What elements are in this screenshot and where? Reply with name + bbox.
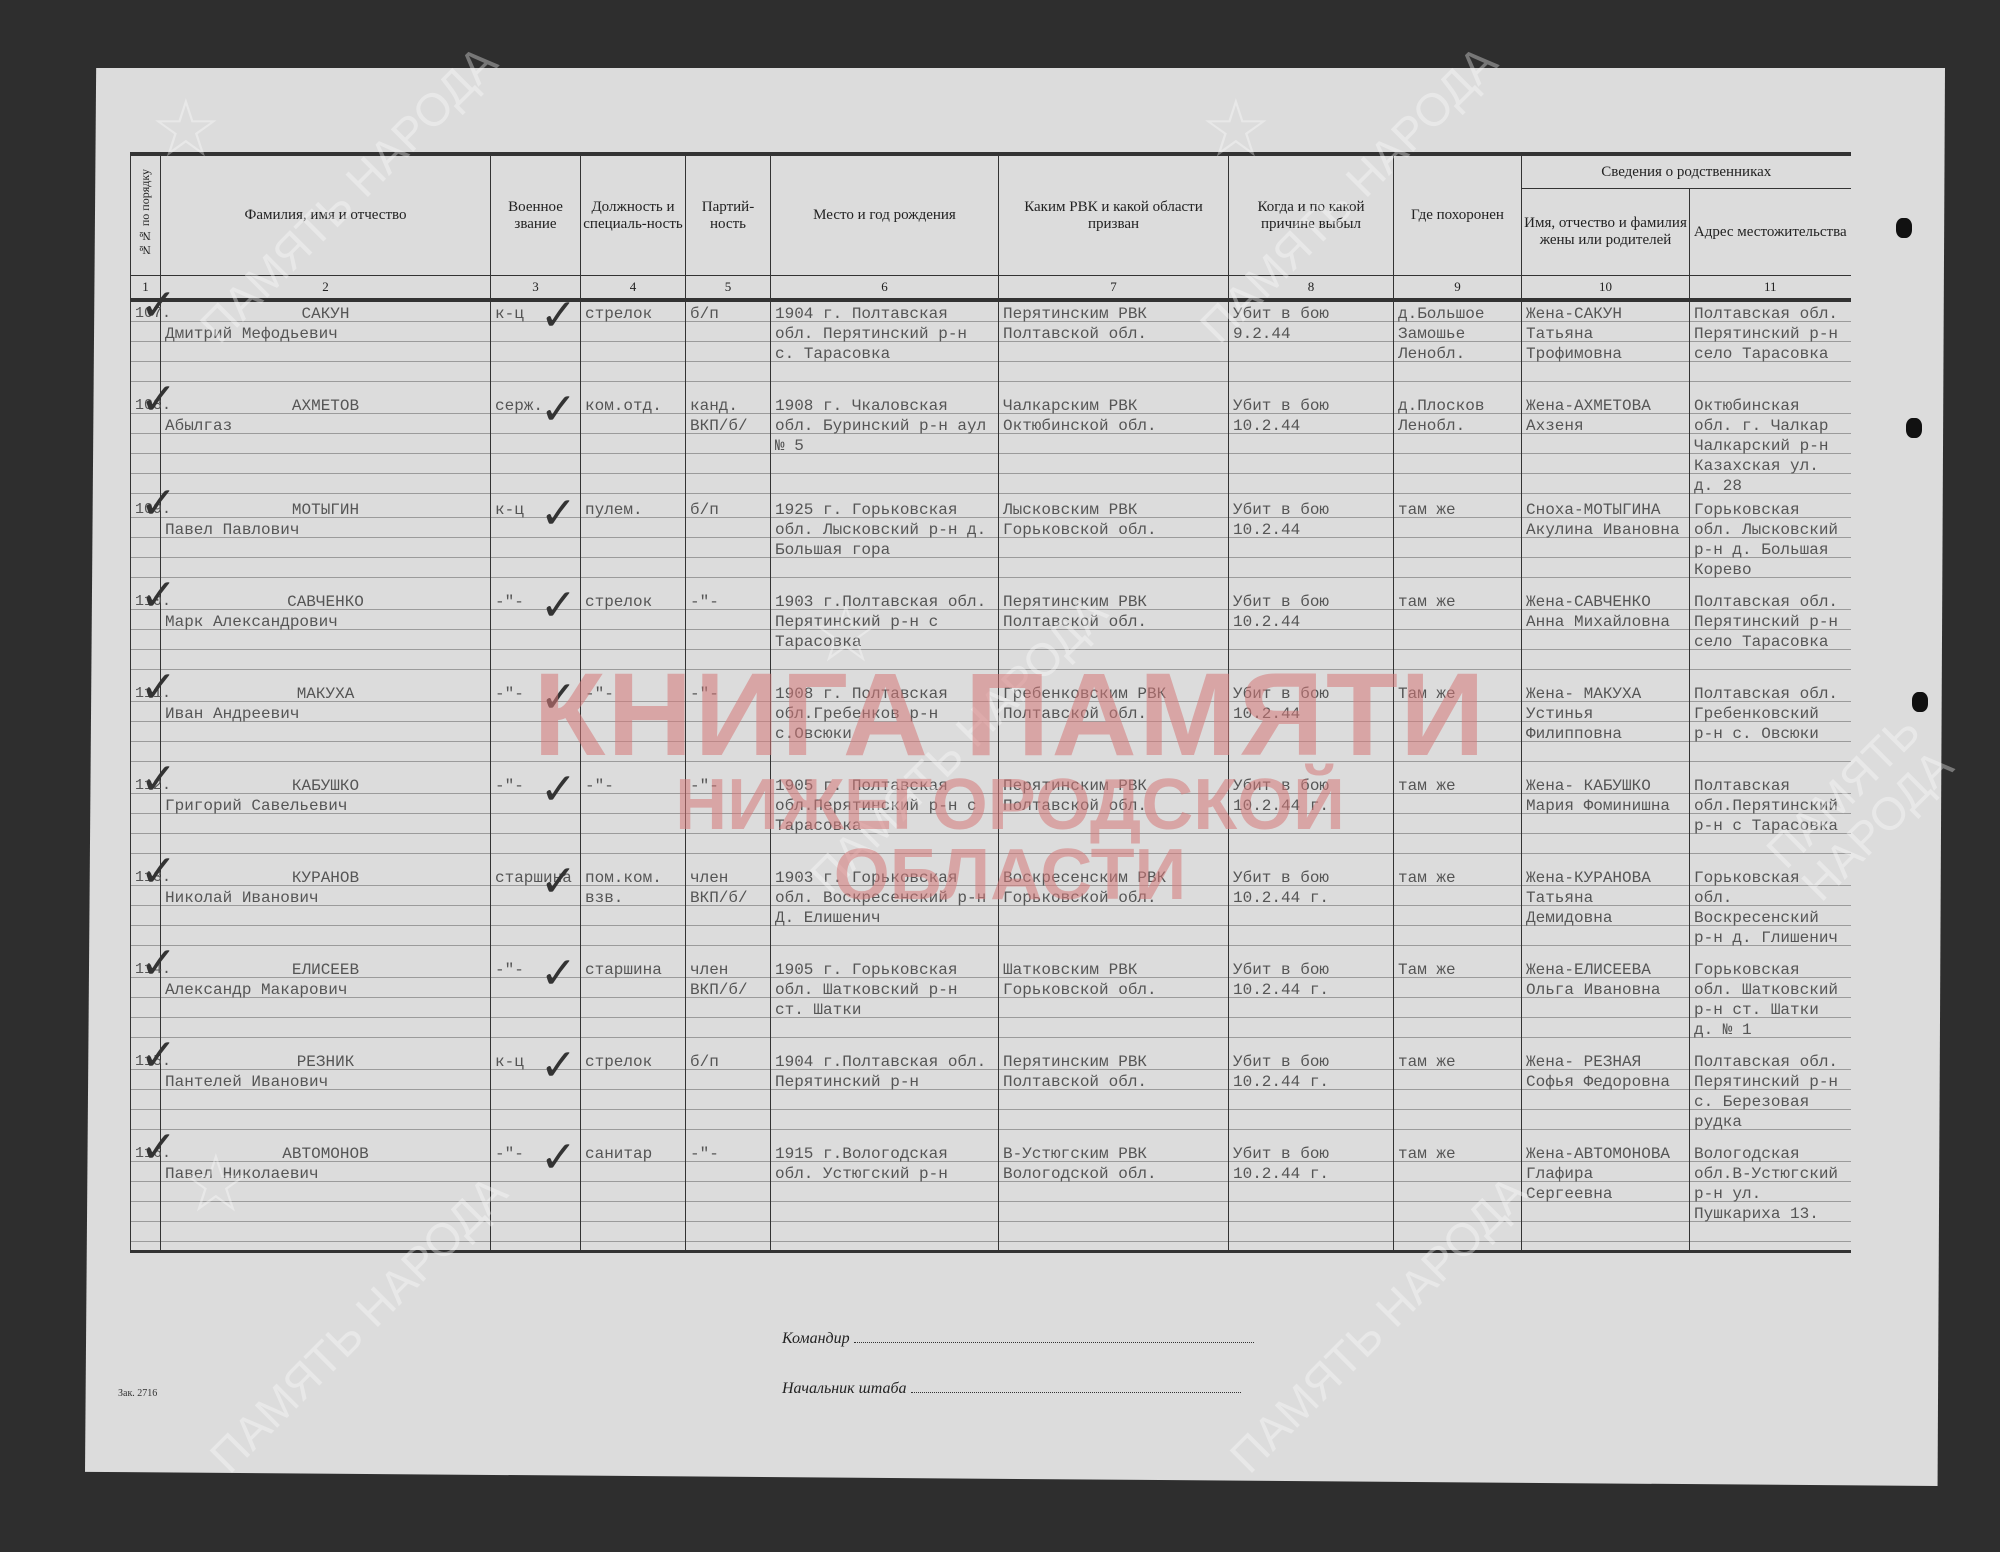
column-number: 10: [1522, 276, 1690, 301]
table-row: 115.РЕЗНИКПантелей Ивановичк-цстрелокб/п…: [131, 1050, 1851, 1142]
given-names: Дмитрий Мефодьевич: [165, 325, 338, 343]
table-row: 112.КАБУШКОГригорий Савельевич-"--"--"-1…: [131, 774, 1851, 866]
burial-cell: там же: [1394, 774, 1522, 866]
position-cell: стрелок: [581, 300, 686, 394]
rvk-cell: Гребенковским РВК Полтавской обл.: [999, 682, 1229, 774]
burial-cell: д.Плосков Ленобл.: [1394, 394, 1522, 498]
rvk-cell: Перятинским РВК Полтавской обл.: [999, 774, 1229, 866]
given-names: Павел Павлович: [165, 521, 299, 539]
check-mark-icon: ✓: [140, 570, 177, 621]
party-cell: б/п: [686, 1050, 771, 1142]
column-number: 9: [1394, 276, 1522, 301]
party-cell: -"-: [686, 682, 771, 774]
table-row: 111.МАКУХАИван Андреевич-"--"--"-1908 г.…: [131, 682, 1851, 774]
relative-cell: Жена- МАКУХА Устинья Филипповна: [1522, 682, 1690, 774]
surname: МАКУХА: [165, 684, 486, 704]
position-cell: пулем.: [581, 498, 686, 590]
full-name-cell: КАБУШКОГригорий Савельевич: [161, 774, 491, 866]
burial-cell: Там же: [1394, 958, 1522, 1050]
table-row: 109.МОТЫГИНПавел Павловичк-цпулем.б/п192…: [131, 498, 1851, 590]
birthplace-cell: 1908 г. Полтавская обл.Гребенков р-н с.О…: [771, 682, 999, 774]
rvk-cell: Перятинским РВК Полтавской обл.: [999, 1050, 1229, 1142]
address-cell: Октюбинская обл. г. Чалкар Чалкарский р-…: [1690, 394, 1851, 498]
address-cell: Горьковская обл. Воскресенский р-н д. Гл…: [1690, 866, 1851, 958]
burial-cell: там же: [1394, 498, 1522, 590]
position-cell: старшина: [581, 958, 686, 1050]
departure-cell: Убит в бою 10.2.44: [1229, 590, 1394, 682]
departure-cell: Убит в бою 10.2.44 г.: [1229, 958, 1394, 1050]
header-buried: Где похоронен: [1394, 154, 1522, 276]
departure-cell: Убит в бою 9.2.44: [1229, 300, 1394, 394]
burial-cell: там же: [1394, 590, 1522, 682]
table-row: 107.САКУНДмитрий Мефодьевичк-цстрелокб/п…: [131, 300, 1851, 394]
position-cell: стрелок: [581, 1050, 686, 1142]
header-rank: Военное звание: [491, 154, 581, 276]
burial-cell: д.Большое Замошье Ленобл.: [1394, 300, 1522, 394]
rvk-cell: Воскресенским РВК Горьковской обл.: [999, 866, 1229, 958]
full-name-cell: ЕЛИСЕЕВАлександр Макарович: [161, 958, 491, 1050]
party-cell: б/п: [686, 498, 771, 590]
relative-cell: Сноха-МОТЫГИНА Акулина Ивановна: [1522, 498, 1690, 590]
table-row: 110.САВЧЕНКОМарк Александрович-"-стрелок…: [131, 590, 1851, 682]
position-cell: стрелок: [581, 590, 686, 682]
full-name-cell: МАКУХАИван Андреевич: [161, 682, 491, 774]
surname: АХМЕТОВ: [165, 396, 486, 416]
burial-cell: Там же: [1394, 682, 1522, 774]
given-names: Пантелей Иванович: [165, 1073, 328, 1091]
relative-cell: Жена-АВТОМОНОВА Глафира Сергеевна: [1522, 1142, 1690, 1252]
rvk-cell: Чалкарским РВК Октюбинской обл.: [999, 394, 1229, 498]
position-cell: ком.отд.: [581, 394, 686, 498]
departure-cell: Убит в бою 10.2.44 г.: [1229, 1050, 1394, 1142]
position-cell: -"-: [581, 682, 686, 774]
birthplace-cell: 1903 г. Горьковская обл. Воскресенский р…: [771, 866, 999, 958]
table-row: 108.АХМЕТОВАбылгазсерж.ком.отд.канд. ВКП…: [131, 394, 1851, 498]
given-names: Александр Макарович: [165, 981, 347, 999]
table-row: 113.КУРАНОВНиколай Ивановичстаршинапом.к…: [131, 866, 1851, 958]
birthplace-cell: 1908 г. Чкаловская обл. Буринский р-н ау…: [771, 394, 999, 498]
party-cell: член ВКП/б/: [686, 958, 771, 1050]
check-mark-icon: ✓: [140, 754, 177, 805]
departure-cell: Убит в бою 10.2.44: [1229, 394, 1394, 498]
star-icon: ☆: [1200, 95, 1270, 165]
full-name-cell: МОТЫГИНПавел Павлович: [161, 498, 491, 590]
burial-cell: там же: [1394, 866, 1522, 958]
surname: МОТЫГИН: [165, 500, 486, 520]
relative-cell: Жена-ЕЛИСЕЕВА Ольга Ивановна: [1522, 958, 1690, 1050]
check-mark-icon: ✓: [140, 478, 177, 529]
table-row: 114.ЕЛИСЕЕВАлександр Макарович-"-старшин…: [131, 958, 1851, 1050]
departure-cell: Убит в бою 10.2.44 г.: [1229, 774, 1394, 866]
surname: КАБУШКО: [165, 776, 486, 796]
check-mark-icon: ✓: [540, 1132, 577, 1183]
check-mark-icon: ✓: [540, 948, 577, 999]
address-cell: Полтавская обл.Перятинский р-н с Тарасов…: [1690, 774, 1851, 866]
check-mark-icon: ✓: [540, 290, 577, 341]
burial-cell: там же: [1394, 1050, 1522, 1142]
relative-cell: Жена-КУРАНОВА Татьяна Демидовна: [1522, 866, 1690, 958]
chief-of-staff-label: Начальник штаба: [782, 1380, 907, 1397]
burial-cell: там же: [1394, 1142, 1522, 1252]
punch-hole: [1906, 418, 1922, 438]
birthplace-cell: 1905 г. Полтавская обл.Перятинский р-н с…: [771, 774, 999, 866]
commander-label: Командир: [782, 1330, 850, 1347]
full-name-cell: РЕЗНИКПантелей Иванович: [161, 1050, 491, 1142]
signature-dots: [854, 1330, 1254, 1343]
punch-hole: [1896, 218, 1912, 238]
position-cell: санитар: [581, 1142, 686, 1252]
header-position: Должность и специаль-ность: [581, 154, 686, 276]
order-number: Зак. 2716: [118, 1388, 157, 1399]
departure-cell: Убит в бою 10.2.44: [1229, 498, 1394, 590]
rvk-cell: Перятинским РВК Полтавской обл.: [999, 300, 1229, 394]
rvk-cell: Шатковским РВК Горьковской обл.: [999, 958, 1229, 1050]
check-mark-icon: ✓: [540, 764, 577, 815]
departure-cell: Убит в бою 10.2.44 г.: [1229, 866, 1394, 958]
address-cell: Горьковская обл. Лысковский р-н д. Больш…: [1690, 498, 1851, 590]
header-relative-name: Имя, отчество и фамилия жены или родител…: [1522, 189, 1690, 276]
departure-cell: Убит в бою 10.2.44 г.: [1229, 1142, 1394, 1252]
full-name-cell: САВЧЕНКОМарк Александрович: [161, 590, 491, 682]
full-name-cell: САКУНДмитрий Мефодьевич: [161, 300, 491, 394]
table-row: 116.АВТОМОНОВПавел Николаевич-"-санитар-…: [131, 1142, 1851, 1252]
surname: САКУН: [165, 304, 486, 324]
column-number: 5: [686, 276, 771, 301]
relative-cell: Жена- КАБУШКО Мария Фоминишна: [1522, 774, 1690, 866]
surname: РЕЗНИК: [165, 1052, 486, 1072]
column-number: 4: [581, 276, 686, 301]
birthplace-cell: 1904 г.Полтавская обл. Перятинский р-н: [771, 1050, 999, 1142]
party-cell: член ВКП/б/: [686, 866, 771, 958]
departure-cell: Убит в бою 10.2.44: [1229, 682, 1394, 774]
check-mark-icon: ✓: [540, 1040, 577, 1091]
birthplace-cell: 1904 г. Полтавская обл. Перятинский р-н …: [771, 300, 999, 394]
birthplace-cell: 1915 г.Вологодская обл. Устюгский р-н: [771, 1142, 999, 1252]
check-mark-icon: ✓: [140, 846, 177, 897]
given-names: Николай Иванович: [165, 889, 319, 907]
column-number: 11: [1690, 276, 1851, 301]
column-number: 6: [771, 276, 999, 301]
check-mark-icon: ✓: [540, 856, 577, 907]
given-names: Иван Андреевич: [165, 705, 299, 723]
surname: САВЧЕНКО: [165, 592, 486, 612]
given-names: Марк Александрович: [165, 613, 338, 631]
address-cell: Горьковская обл. Шатковский р-н ст. Шатк…: [1690, 958, 1851, 1050]
surname: ЕЛИСЕЕВ: [165, 960, 486, 980]
header-relatives-group: Сведения о родственниках: [1522, 154, 1851, 189]
address-cell: Полтавская обл. Перятинский р-н село Тар…: [1690, 590, 1851, 682]
header-address: Адрес местожительства: [1690, 189, 1851, 276]
given-names: Григорий Савельевич: [165, 797, 347, 815]
position-cell: -"-: [581, 774, 686, 866]
relative-cell: Жена-САВЧЕНКО Анна Михайловна: [1522, 590, 1690, 682]
star-icon: ☆: [810, 600, 880, 670]
header-rvk: Каким РВК и какой области призван: [999, 154, 1229, 276]
rvk-cell: Лысковским РВК Горьковской обл.: [999, 498, 1229, 590]
surname: КУРАНОВ: [165, 868, 486, 888]
check-mark-icon: ✓: [140, 662, 177, 713]
commander-signature-line: Командир: [782, 1330, 1254, 1348]
birthplace-cell: 1903 г.Полтавская обл. Перятинский р-н с…: [771, 590, 999, 682]
party-cell: канд. ВКП/б/: [686, 394, 771, 498]
header-birth: Место и год рождения: [771, 154, 999, 276]
check-mark-icon: ✓: [140, 280, 177, 331]
check-mark-icon: ✓: [140, 1030, 177, 1081]
column-number: 8: [1229, 276, 1394, 301]
party-cell: -"-: [686, 1142, 771, 1252]
signature-dots: [911, 1380, 1241, 1393]
full-name-cell: АХМЕТОВАбылгаз: [161, 394, 491, 498]
address-cell: Полтавская обл. Перятинский р-н с. Берез…: [1690, 1050, 1851, 1142]
party-cell: б/п: [686, 300, 771, 394]
address-cell: Полтавская обл. Гребенковский р-н с. Овс…: [1690, 682, 1851, 774]
relative-cell: Жена-АХМЕТОВА Ахзеня: [1522, 394, 1690, 498]
column-number: 7: [999, 276, 1229, 301]
check-mark-icon: ✓: [140, 1122, 177, 1173]
birthplace-cell: 1905 г. Горьковская обл. Шатковский р-н …: [771, 958, 999, 1050]
address-cell: Полтавская обл. Перятинский р-н село Тар…: [1690, 300, 1851, 394]
full-name-cell: КУРАНОВНиколай Иванович: [161, 866, 491, 958]
birthplace-cell: 1925 г. Горьковская обл. Лысковский р-н …: [771, 498, 999, 590]
relative-cell: Жена- РЕЗНАЯ Софья Федоровна: [1522, 1050, 1690, 1142]
relative-cell: Жена-САКУН Татьяна Трофимовна: [1522, 300, 1690, 394]
casualty-register-table: №№ по порядку Фамилия, имя и отчество Во…: [130, 152, 1851, 1253]
check-mark-icon: ✓: [540, 488, 577, 539]
address-cell: Вологодская обл.В-Устюгский р-н ул. Пушк…: [1690, 1142, 1851, 1252]
party-cell: -"-: [686, 590, 771, 682]
chief-of-staff-signature-line: Начальник штаба: [782, 1380, 1241, 1398]
check-mark-icon: ✓: [140, 938, 177, 989]
star-icon: ☆: [150, 95, 220, 165]
check-mark-icon: ✓: [540, 580, 577, 631]
position-cell: пом.ком. взв.: [581, 866, 686, 958]
rvk-cell: В-Устюгским РВК Вологодской обл.: [999, 1142, 1229, 1252]
punch-hole: [1912, 692, 1928, 712]
check-mark-icon: ✓: [540, 672, 577, 723]
header-party: Партий-ность: [686, 154, 771, 276]
check-mark-icon: ✓: [140, 374, 177, 425]
party-cell: -"-: [686, 774, 771, 866]
rvk-cell: Перятинским РВК Полтавской обл.: [999, 590, 1229, 682]
column-number: 2: [161, 276, 491, 301]
check-mark-icon: ✓: [540, 384, 577, 435]
star-icon: ☆: [180, 1150, 250, 1220]
